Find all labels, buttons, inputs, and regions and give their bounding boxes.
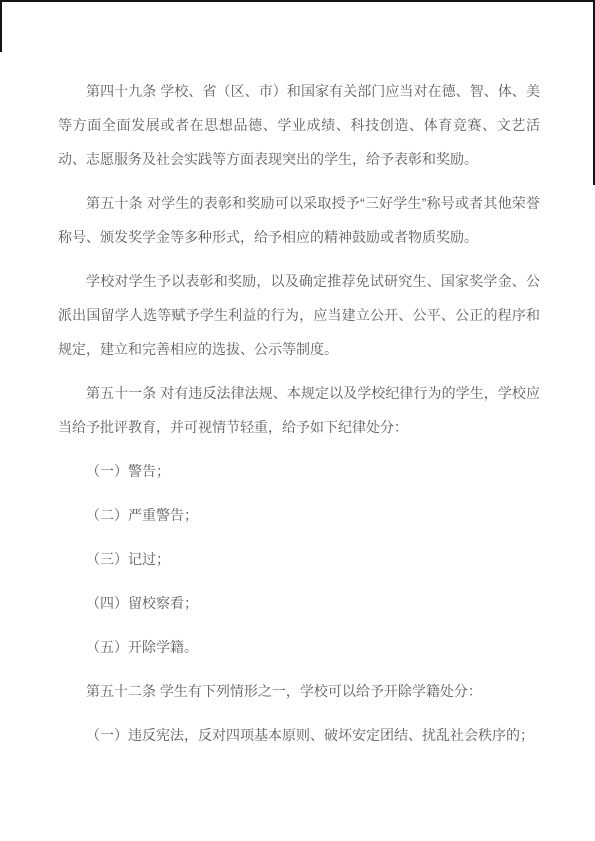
paragraph-article-50: 第五十条 对学生的表彰和奖励可以采取授予“三好学生”称号或者其他荣誉称号、颁发奖… bbox=[58, 186, 540, 254]
list-item-serious-warning: （二）严重警告； bbox=[58, 498, 540, 532]
document-page: 第四十九条 学校、省（区、市）和国家有关部门应当对在德、智、体、美等方面全面发展… bbox=[58, 74, 540, 762]
list-item-demerit: （三）记过； bbox=[58, 542, 540, 576]
list-item-warning: （一）警告； bbox=[58, 454, 540, 488]
list-item-violate-constitution: （一）违反宪法，反对四项基本原则、破坏安定团结、扰乱社会秩序的； bbox=[58, 718, 540, 752]
document-viewport: { "page": { "background": "#ffffff", "te… bbox=[0, 0, 595, 841]
paragraph-article-51: 第五十一条 对有违反法律法规、本规定以及学校纪律行为的学生，学校应当给予批评教育… bbox=[58, 376, 540, 444]
paragraph-article-49: 第四十九条 学校、省（区、市）和国家有关部门应当对在德、智、体、美等方面全面发展… bbox=[58, 74, 540, 176]
page-edge-left-line bbox=[0, 0, 2, 52]
page-edge-top-line bbox=[0, 0, 595, 2]
list-item-probation: （四）留校察看； bbox=[58, 586, 540, 620]
list-item-expulsion: （五）开除学籍。 bbox=[58, 630, 540, 664]
paragraph-article-52: 第五十二条 学生有下列情形之一，学校可以给予开除学籍处分： bbox=[58, 674, 540, 708]
paragraph-article-50-cont: 学校对学生予以表彰和奖励，以及确定推荐免试研究生、国家奖学金、公派出国留学人选等… bbox=[58, 264, 540, 366]
